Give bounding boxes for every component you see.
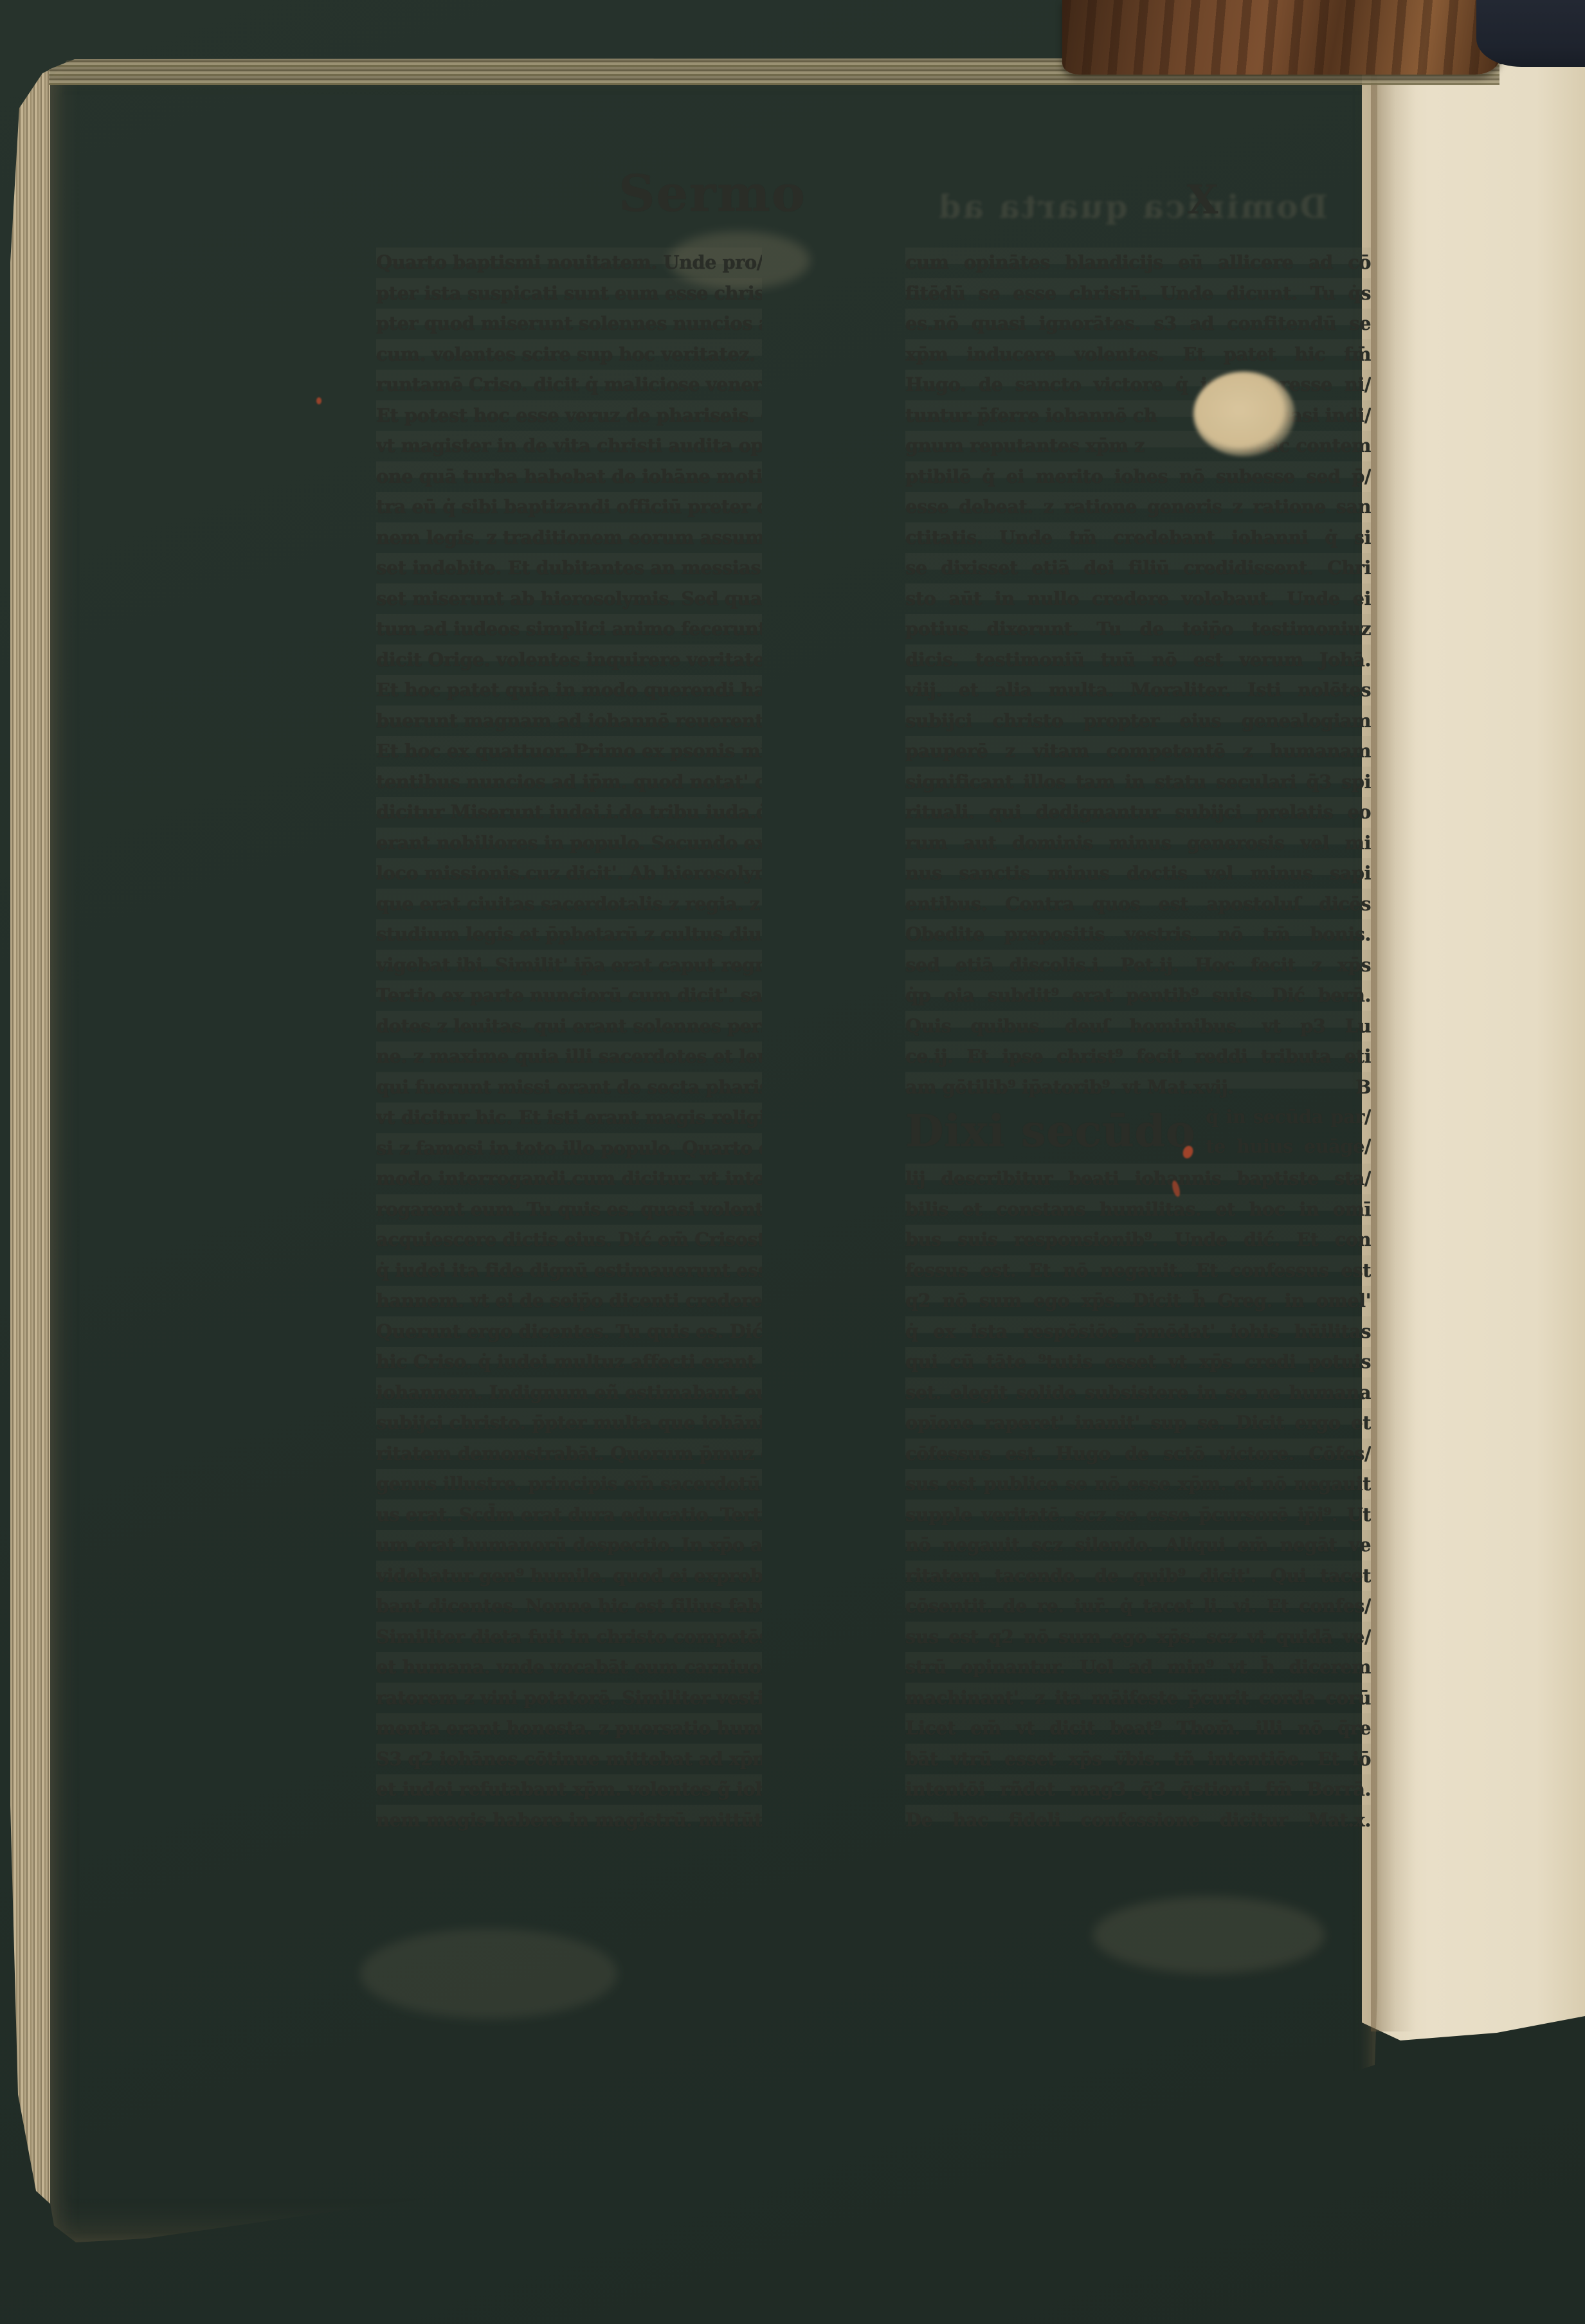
text-line: esse debeat. z ratione generis z ratione… [905,492,1371,523]
text-line: subijci christo. p̄pter multa que iohāni… [376,1408,762,1439]
text-line: cum opinātes blandicijs eū allicere ad c… [905,248,1371,278]
text-line: buerunt magnam ad iohannē reuerentiā. [376,706,762,737]
text-line: bus suis responsionib⁹. Unde dić. Et con [905,1225,1371,1256]
text-line: subijci christo propter eius genealogiam [905,706,1371,737]
text-line: significant illos tam in statu seculari … [905,767,1371,798]
text-line: am gētilib⁹ ip̄atorib⁹. vt Mat.xvij.B [905,1072,1371,1103]
text-line: rogarent eum. Tu quis es. quasi volentes [376,1194,762,1225]
text-line: et iudei refutabant xp̄m. volentes g̃ io… [376,1774,762,1805]
text-line: Quarto baptismi nouitatem. Unde pro/ [376,248,762,278]
book-photo: { "page": { "header": { "running_title":… [0,0,1585,2324]
running-title: Sermo [619,165,806,223]
text-line: bāt vtrū esset xp̄s v̄bis. tñ intentiōe.… [905,1744,1371,1775]
foxing-stain [360,1929,617,2019]
text-line: genus illustre. principis em̄ sacerdotū … [376,1469,762,1500]
text-line: vt dicitur hic. Et isti erant magis reli… [376,1103,762,1133]
text-line: cōfessus est. Hugo de sctō victore. Cōfe… [905,1439,1371,1470]
text-line: pter quod miserunt solennes nuncios ad [376,309,762,339]
text-line: set indebite. Et dubitantes an messias e… [376,553,762,584]
foxing-stain [1093,1896,1325,1974]
text-line: tum ad iudeos simplici animo fecerunt vt [376,614,762,645]
text-line: ne. z maxime quia illi sacerdotes et leu… [376,1041,762,1072]
text-line: acquiescere dictis eius. Dić em̄ Crisost… [376,1225,762,1256]
text-line: sus est publice se nō esse xp̄m. et nō n… [905,1469,1371,1500]
text-line: q̇ iudei ita fide dignū estimauerunt ess… [376,1256,762,1286]
text-line: pter ista suspicati sunt eum esse christ… [376,278,762,309]
text-line: hannem. vt ei de seip̄o dicenti crederen… [376,1286,762,1317]
text-line: q̇p oia subdit⁹ erat pentib⁹ suis. Dić b… [905,980,1371,1011]
text-line: es.nō quasi ignorātes. s3 ad confitendū … [905,309,1371,339]
text-line: tentibus nuncios ad ip̄m. quod notat' cu… [376,767,762,798]
text-line: qui cū tāte ⁹tutis esset vt xp̄s credi p… [905,1347,1371,1378]
cover-band [1476,0,1585,67]
right-text-column-upper: cum opinātes blandicijs eū allicere ad c… [905,248,1371,1103]
text-line: nō negauit scz silendo. Aliqui em̄ negāt… [905,1530,1371,1561]
text-line: iohannem. Indignum eñ estimabant euz [376,1378,762,1409]
text-line: Similiter dieta fuit in christo competēs [376,1622,762,1653]
section-heading-large: Dixi secūdo [905,1102,1195,1161]
text-line: si z famosi in toto illo populo. Quarto … [376,1133,762,1164]
text-line: supple veritatē. scz se esse p̄cursorē i… [905,1500,1371,1531]
right-text-column-lower: lij describitur beati iohannis baptiste … [905,1164,1371,1835]
text-line: strū opinantur. Uel ad min⁹ vt h̄ dicere… [905,1652,1371,1683]
text-line: fessus est. Et nō negauit. Et confessus … [905,1256,1371,1286]
text-line: erant nobiliores in populo. Secundo ex [376,828,762,859]
text-line: tra eū q̇ sibi baptizandi officiū preter… [376,492,762,523]
text-line: fitēdū se esse christū. Unde dicunt. Tu … [905,278,1371,309]
text-line: nus sanctis minus doctis vel minus sapi [905,858,1371,889]
text-line: Et potest hoc esse veruz de phariseis. q… [376,401,762,431]
text-line: nem magis habere in magistrū. mittūt ad [376,1805,762,1836]
text-line: sto aūt in nullo credere volebaut. Unde … [905,584,1371,615]
text-line: opīone raperet' inanit' sup se. Dicit er… [905,1408,1371,1439]
text-line: Et hoc ex quattuor. Primo ex psonis mit [376,736,762,767]
text-line: se dixisset etiā dei filiū credidissent.… [905,553,1371,584]
text-line: set. elegit solide subsistere in se ne h… [905,1378,1371,1409]
text-line: Tertio ex parte nunciorū cum dicit'. sac… [376,980,762,1011]
page-stack-edge-left [10,69,50,2204]
text-line: studium legis et p̄phetarū z cultus diui… [376,919,762,950]
leather-binding [1062,0,1501,75]
text-line: nem legis. z traditionem eorum assumpsis [376,523,762,554]
text-line: ritatem tacendo. de quib⁹ dicit'. Qui ta… [905,1561,1371,1592]
text-line: videbatur gen⁹ humile. quod ei exprobra [376,1561,762,1592]
text-line: ce.ij. Et ipse christ⁹ fecit reddi tribu… [905,1041,1371,1072]
text-line: dicit Orige. volentes inquirere veritate… [376,645,762,676]
red-ink-stain [316,397,322,404]
text-line: bilis et constans humilitas. et hoc in o… [905,1194,1371,1225]
text-line: viij. et alia multa. Moraliter. Isti nol… [905,675,1371,706]
left-text-column: Quarto baptismi nouitatem. Unde pro/pter… [376,248,762,1835]
folio-numeral: X [1187,176,1218,223]
text-line: hic Criso. q̇ iudei multuz affecti erant… [376,1347,762,1378]
text-line: De hac fideli confessione dicitur Mat.x. [905,1805,1371,1836]
wax-blemish [1193,372,1295,456]
text-line: q̇ ex ista respōsiōe p̄mēdat' iohis hūil… [905,1317,1371,1347]
text-line: modo interrogandi.cum dicitur. vt inter [376,1164,762,1194]
section-heading: Dixi secūdo q̇ in secūda par/te huius eu… [905,1101,1371,1162]
text-line: xp̄m inducere volentes. Et patet hic fm̄ [905,339,1371,370]
text-line: dicitur Miserunt iudei.i.de tribu iuda.q… [376,797,762,828]
page-fold-shadow [1371,64,1416,2031]
text-line: vigebat ibi. Similit' ip̄a erat caput re… [376,950,762,981]
text-line: et humana. vnde vocabāt eum carniuo/ [376,1652,762,1683]
text-line: menta erant honesta. z puersatio humana [376,1713,762,1744]
text-line: bant dicentes. Nonne hic est filius fabr… [376,1591,762,1622]
text-line: Quis quibus. deuſ hominibus. vt p3 Lu [905,1011,1371,1042]
text-line: set miserunt ab hierosolymis. Sed quan/ [376,584,762,615]
text-line: lij describitur beati iohannis baptiste … [905,1164,1371,1194]
text-line: dotes z leuitas. qui erant solennes pers… [376,1011,762,1042]
text-line: Querunt ergo dicentes. Tu quis es. Dić [376,1317,762,1347]
text-line: Hugo. de sancto victore q̇ isti expresse… [905,370,1371,401]
text-line: sed etiā discolis.i. Pet.ij. Hoc fecit z… [905,950,1371,981]
text-line: dicis. testimoniū tuū nō est verum Johā. [905,645,1371,676]
text-line: Obedite prepositis vestris. nō tm̄ bonis… [905,919,1371,950]
text-line: ratorem z vini potatorē. Similiter vesti… [376,1683,762,1714]
text-line: rituali. qui dedignantur subijci prelati… [905,797,1371,828]
text-line: ptibilē q̇ ei merito iohes nō subesse se… [905,462,1371,492]
showthrough-ghost-title: Dominica quarta ad [801,188,1328,226]
text-line: machinant'. z ita māifeste p̄curit corda… [905,1683,1371,1714]
text-line: S3 q2 iohānes cōtinue mittebat ad xp̄m. [376,1744,762,1775]
text-line: q2 nō sum ego xp̄s. Dicit h̄ Greg. in om… [905,1286,1371,1317]
text-line: entibus. Contra quos est apostoluſ dicēs [905,889,1371,920]
text-line: runtamē Criso. dicit q̇ maliciose venerū… [376,370,762,401]
section-heading-sidelines: q̇ in secūda par/te huius euāge/ [1206,1102,1371,1161]
text-line: pauperē z vitam competentē z humanam [905,736,1371,767]
text-line: Et hoc patet quia in modo querendi ha/ [376,675,762,706]
text-line: potius dixerunt. Tu de teip̄o testimoniu… [905,614,1371,645]
text-line: sus est q2 nō sum ego xp̄s. scz vt quidā… [905,1622,1371,1653]
text-line: te huius euāge/ [1206,1131,1371,1161]
text-line: gnum reputantes xp̄m zm ac contem [905,431,1371,462]
text-line: cum. volentes scire sup hoc veritatez. U… [376,339,762,370]
text-line: tuntur p̄ferre iohannē chquasi indi/ [905,401,1371,431]
text-line: one quā turba habebat de iohāne moti cō [376,462,762,492]
text-line: loco missionis.cuz dicit'. Ab hierosolym… [376,858,762,889]
text-line: rum aut dominis minus generosis vel mi [905,828,1371,859]
text-line: vt magister in de vita christi audita op… [376,431,762,462]
text-line: ritatem demonstrabāt. Quorum p̄muz est [376,1439,762,1470]
text-line: cōsentit. de re. iur̄. q̇ tacet li. vi. … [905,1591,1371,1622]
text-line: qui fuerunt missi erant de secta pharise… [376,1072,762,1103]
text-line: q̇ in secūda par/ [1206,1102,1371,1131]
text-line: Licet em̄ vt dicit beat⁹ Thom̄. illi nō … [905,1713,1371,1744]
text-line: que erat ciuitas sacerdotalis z regia. z… [376,889,762,920]
text-line: um erat humanorū despectio. In xp̄o aūt [376,1530,762,1561]
text-line: us erat. Scd̄m erat dura educatio. Terti [376,1500,762,1531]
text-line: ctitatis. Unde tm̄ credebant iohanni q̇ … [905,523,1371,554]
text-line: intentōi rñdet mag3 q̄3 q̄stioni fm̄ Bor… [905,1774,1371,1805]
